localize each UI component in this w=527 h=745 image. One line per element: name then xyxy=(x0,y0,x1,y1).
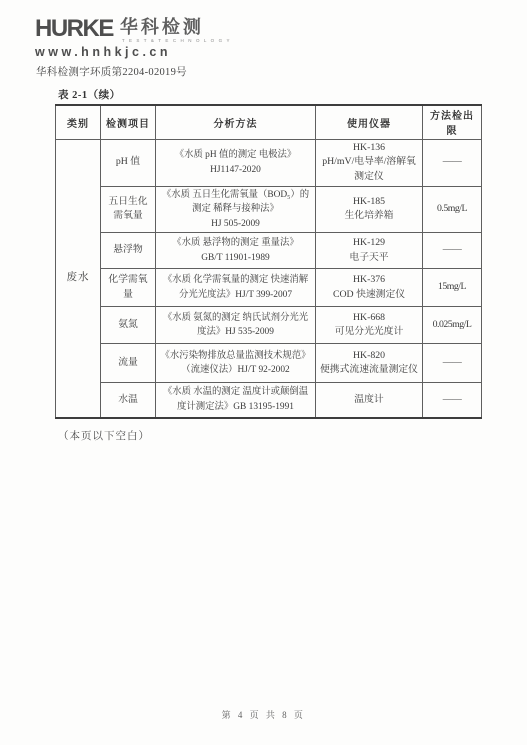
analysis-methods-table: 类别 检测项目 分析方法 使用仪器 方法检出限 废水 pH 值 《水质 pH 值… xyxy=(55,104,482,419)
logo-wordmark: HURKE xyxy=(35,17,113,41)
limit-cell: 0.5mg/L xyxy=(423,186,482,233)
method-cell: 《水质 水温的测定 温度计或颠倒温 度计测定法》GB 13195-1991 xyxy=(156,383,316,418)
column-header-method: 分析方法 xyxy=(156,105,316,139)
company-website: www.hnhkjc.cn xyxy=(35,45,231,59)
item-cell: 五日生化 需氧量 xyxy=(101,186,156,233)
limit-cell: 15mg/L xyxy=(423,269,482,307)
limit-cell: —— xyxy=(423,383,482,418)
instrument-cell: HK-185 生化培养箱 xyxy=(316,186,423,233)
table-body: 废水 pH 值 《水质 pH 值的测定 电极法》 HJ1147-2020 HK-… xyxy=(56,139,482,418)
item-cell: pH 值 xyxy=(101,139,156,186)
item-cell: 化学需氧量 xyxy=(101,269,156,307)
table-row: 流量 《水污染物排放总量监测技术规范》 （流速仪法）HJ/T 92-2002 H… xyxy=(56,344,482,383)
table-title: 表 2-1（续） xyxy=(58,87,121,102)
table-header: 类别 检测项目 分析方法 使用仪器 方法检出限 xyxy=(56,105,482,139)
instrument-cell: HK-820 便携式流速流量测定仪 xyxy=(316,344,423,383)
column-header-item: 检测项目 xyxy=(101,105,156,139)
table-row: 悬浮物 《水质 悬浮物的测定 重量法》 GB/T 11901-1989 HK-1… xyxy=(56,233,482,269)
item-cell: 氨氮 xyxy=(101,307,156,344)
scanned-report-page: HURKE 华科检测 T E S T & T E C H N O L O G Y… xyxy=(0,0,527,745)
method-cell: 《水质 pH 值的测定 电极法》 HJ1147-2020 xyxy=(156,139,316,186)
category-cell: 废水 xyxy=(56,139,101,418)
table-row: 废水 pH 值 《水质 pH 值的测定 电极法》 HJ1147-2020 HK-… xyxy=(56,139,482,186)
column-header-instrument: 使用仪器 xyxy=(316,105,423,139)
limit-cell: 0.025mg/L xyxy=(423,307,482,344)
limit-cell: —— xyxy=(423,344,482,383)
blank-page-note: （本页以下空白） xyxy=(58,428,150,443)
table-header-row: 类别 检测项目 分析方法 使用仪器 方法检出限 xyxy=(56,105,482,139)
method-cell: 《水质 悬浮物的测定 重量法》 GB/T 11901-1989 xyxy=(156,233,316,269)
instrument-cell: HK-136 pH/mV/电导率/溶解氧 测定仪 xyxy=(316,139,423,186)
instrument-cell: HK-376 COD 快速测定仪 xyxy=(316,269,423,307)
method-cell: 《水质 化学需氧量的测定 快速消解 分光光度法》HJ/T 399-2007 xyxy=(156,269,316,307)
method-cell: 《水质 五日生化需氧量（BOD₅）的 测定 稀释与接种法》 HJ 505-200… xyxy=(156,186,316,233)
method-cell: 《水质 氨氮的测定 纳氏试剂分光光 度法》HJ 535-2009 xyxy=(156,307,316,344)
company-logo: HURKE 华科检测 T E S T & T E C H N O L O G Y… xyxy=(35,17,231,59)
table-row: 水温 《水质 水温的测定 温度计或颠倒温 度计测定法》GB 13195-1991… xyxy=(56,383,482,418)
item-cell: 流量 xyxy=(101,344,156,383)
instrument-cell: 温度计 xyxy=(316,383,423,418)
method-cell: 《水污染物排放总量监测技术规范》 （流速仪法）HJ/T 92-2002 xyxy=(156,344,316,383)
table-row: 五日生化 需氧量 《水质 五日生化需氧量（BOD₅）的 测定 稀释与接种法》 H… xyxy=(56,186,482,233)
logo-chinese-name: 华科检测 xyxy=(120,18,231,37)
column-header-category: 类别 xyxy=(56,105,101,139)
instrument-cell: HK-129 电子天平 xyxy=(316,233,423,269)
item-cell: 水温 xyxy=(101,383,156,418)
table-row: 氨氮 《水质 氨氮的测定 纳氏试剂分光光 度法》HJ 535-2009 HK-6… xyxy=(56,307,482,344)
limit-cell: —— xyxy=(423,233,482,269)
limit-cell: —— xyxy=(423,139,482,186)
column-header-limit: 方法检出限 xyxy=(423,105,482,139)
logo-tagline: T E S T & T E C H N O L O G Y xyxy=(120,38,231,43)
page-number: 第 4 页 共 8 页 xyxy=(0,708,527,721)
report-document-number: 华科检测字环质第2204-02019号 xyxy=(36,64,187,79)
logo-cn-block: 华科检测 T E S T & T E C H N O L O G Y xyxy=(120,17,231,43)
item-cell: 悬浮物 xyxy=(101,233,156,269)
table-row: 化学需氧量 《水质 化学需氧量的测定 快速消解 分光光度法》HJ/T 399-2… xyxy=(56,269,482,307)
instrument-cell: HK-668 可见分光光度计 xyxy=(316,307,423,344)
logo-row: HURKE 华科检测 T E S T & T E C H N O L O G Y xyxy=(35,17,231,43)
